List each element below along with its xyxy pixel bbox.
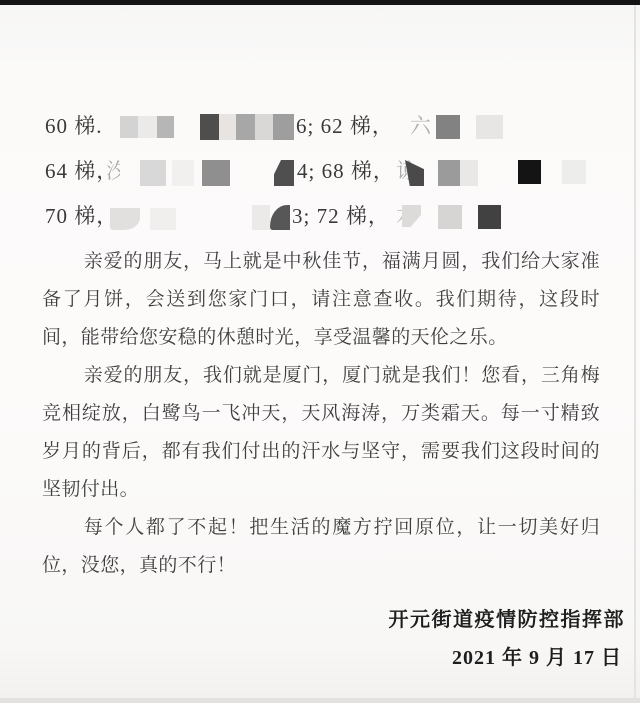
ladder-row-60-62: 60 梯. 6; 62 梯， 六 — [0, 104, 640, 149]
ladder-list: 60 梯. 6; 62 梯， 六 64 梯， 汐 4; 68 梯， 谅 — [0, 104, 640, 239]
date: 2021 年 9 月 17 日 — [452, 641, 622, 670]
redaction-block — [200, 114, 219, 140]
redaction-block — [478, 205, 501, 229]
redaction-block — [138, 116, 157, 138]
redaction-block — [270, 205, 290, 230]
signature: 开元街道疫情防控指挥部 — [389, 603, 626, 632]
redaction-block — [255, 114, 273, 140]
redaction-block — [202, 160, 230, 186]
ladder-label-68: 4; 68 梯， — [297, 149, 395, 194]
paragraph-xiamen: 亲爱的朋友，我们就是厦门，厦门就是我们！您看，三角梅竞相绽放，白鹭鸟一飞冲天，天… — [42, 357, 600, 509]
redaction-block — [438, 205, 462, 229]
ladder-label-60: 60 梯. — [45, 104, 103, 149]
top-dark-edge — [0, 0, 640, 5]
ladder-partial-char: 六 — [410, 104, 430, 149]
document-photo: 60 梯. 6; 62 梯， 六 64 梯， 汐 4; 68 梯， 谅 — [0, 0, 640, 703]
redaction-block — [140, 160, 166, 186]
redaction-block — [460, 160, 478, 186]
redaction-block — [110, 208, 140, 230]
redaction-block — [236, 114, 255, 140]
redaction-block — [562, 160, 586, 184]
redaction-block — [252, 205, 270, 230]
ladder-label-62: 6; 62 梯， — [296, 104, 394, 149]
ladder-partial-char: 汐 — [106, 149, 120, 194]
letter-body: 亲爱的朋友，马上就是中秋佳节，福满月圆，我们给大家准备了月饼，会送到您家门口，请… — [42, 243, 600, 585]
redaction-block — [402, 205, 421, 227]
redaction-block — [172, 160, 194, 186]
photo-bottom-edge — [0, 698, 640, 703]
ladder-label-70: 70 梯， — [45, 194, 118, 239]
redaction-block — [476, 115, 503, 139]
redaction-block — [150, 208, 176, 230]
redaction-block — [274, 160, 294, 186]
redaction-block — [120, 116, 138, 138]
photo-right-edge — [634, 5, 636, 703]
redaction-block — [438, 160, 460, 186]
ladder-label-72: 3; 72 梯， — [292, 194, 390, 239]
redaction-block — [436, 115, 460, 139]
redaction-block — [273, 114, 294, 140]
paragraph-closing: 每个人都了不起！把生活的魔方拧回原位，让一切美好归位，没您，真的不行！ — [42, 509, 600, 585]
redaction-block — [157, 116, 174, 138]
ladder-row-70-72: 70 梯， 3; 72 梯， 木 — [0, 194, 640, 239]
paragraph-midautumn: 亲爱的朋友，马上就是中秋佳节，福满月圆，我们给大家准备了月饼，会送到您家门口，请… — [42, 243, 600, 357]
ladder-row-64-68: 64 梯， 汐 4; 68 梯， 谅 — [0, 149, 640, 194]
redaction-block — [518, 160, 541, 184]
redaction-block — [219, 114, 236, 140]
